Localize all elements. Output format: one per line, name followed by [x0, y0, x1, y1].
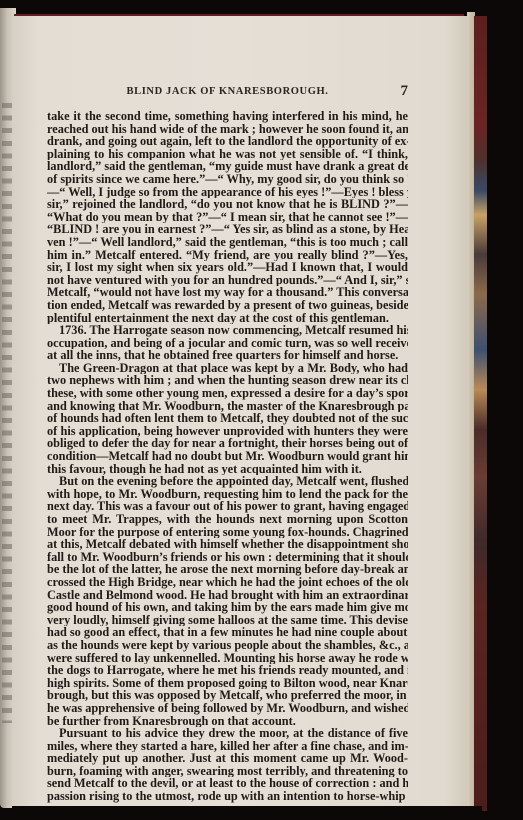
text-line: of his application, being however unprov… — [47, 425, 408, 438]
text-line: obliged to defer the day for near a fort… — [47, 437, 408, 450]
text-line: next day. This was a favour out of his p… — [47, 500, 408, 513]
text-line: of hounds had often lent them to Metcalf… — [47, 412, 408, 425]
text-line: this favour, though he had not as yet ac… — [47, 463, 408, 476]
page-header: BLIND JACK OF KNARESBOROUGH. 7 — [47, 84, 408, 100]
text-line: and knowing that Mr. Woodburn, the maste… — [47, 400, 408, 413]
text-line: —“ Well, I judge so from the appearance … — [47, 186, 408, 199]
text-line: crossed the High Bridge, near which he h… — [47, 576, 408, 589]
text-line: to meet Mr. Trappes, with the hounds nex… — [47, 513, 408, 526]
text-line: plaining to his companion what he was no… — [47, 148, 408, 161]
text-line: The Green-Dragon at that place was kept … — [47, 362, 408, 375]
text-line: the dogs to Harrogate, where he met his … — [47, 664, 408, 677]
text-line: send Metcalf to the devil, or at least t… — [47, 777, 408, 790]
text-line: Pursuant to his advice they drew the moo… — [47, 727, 408, 740]
text-line: be the lot of the latter, he arose the n… — [47, 563, 408, 576]
text-line: as the hounds were kept by various peopl… — [47, 639, 408, 652]
text-line: Moor for the purpose of entering some yo… — [47, 526, 408, 539]
text-line: not have ventured with you for an hundre… — [47, 274, 408, 287]
text-line: Castle and Belmond wood. He had brought … — [47, 589, 408, 602]
text-line: two nephews with him ; and when the hunt… — [47, 374, 408, 387]
text-line: be further from Knaresbrough on that acc… — [47, 715, 408, 728]
text-line: had so good an effect, that in a few min… — [47, 626, 408, 639]
text-line: were suffered to lay unkennelled. Mounti… — [47, 652, 408, 665]
page-number: 7 — [401, 83, 409, 100]
text-line: good hound of his own, and taking him by… — [47, 601, 408, 614]
text-line: tion ended, Metcalf was rewarded by a pr… — [47, 299, 408, 312]
text-line: ven !”—“ Well landlord,” said the gentle… — [47, 236, 408, 249]
text-line: miles, where they started a hare, killed… — [47, 740, 408, 753]
text-line: at this, Metcalf debated with himself wh… — [47, 538, 408, 551]
text-line: plentiful entertainment the next day at … — [47, 312, 408, 325]
text-line: reached out his hand wide of the mark ; … — [47, 123, 408, 136]
bottom-shadow — [12, 806, 482, 820]
page-body-text: take it the second time, something havin… — [47, 110, 408, 803]
text-line: sir, I lost my sight when six years old.… — [47, 261, 408, 274]
text-line: mediately put up another. Just at this m… — [47, 752, 408, 765]
text-line: “BLIND ! are you in earnest ?”—“ Yes sir… — [47, 223, 408, 236]
running-head: BLIND JACK OF KNARESBOROUGH. — [47, 86, 408, 97]
facing-page-text-ghost — [2, 103, 12, 723]
text-line: “What do you mean by that ?”—“ I mean si… — [47, 211, 408, 224]
text-line: 1736. The Harrogate season now commencin… — [47, 324, 408, 337]
text-line: he was apprehensive of being followed by… — [47, 702, 408, 715]
text-line: brough, but this was opposed by Metcalf,… — [47, 689, 408, 702]
printer-mark — [163, 783, 167, 785]
text-line: drank, and going out again, left to the … — [47, 135, 408, 148]
text-line: Metcalf, “would not have lost my way for… — [47, 286, 408, 299]
text-line: these, with some other young men, expres… — [47, 387, 408, 400]
text-line: landlord,” said the gentleman, “my guide… — [47, 160, 408, 173]
text-line: occupation, and being of a jocular and c… — [47, 337, 408, 350]
marbled-edge — [474, 16, 487, 811]
text-line: take it the second time, something havin… — [47, 110, 408, 123]
text-line: fall to Mr. Woodburn’s friends or his ow… — [47, 551, 408, 564]
text-line: condition—Metcalf had no doubt but Mr. W… — [47, 450, 408, 463]
text-line: very loudly, himself giving some halloos… — [47, 614, 408, 627]
text-line: of spirits since we came here.”—“ Why, m… — [47, 173, 408, 186]
text-line: high spirits. Some of them proposed goin… — [47, 677, 408, 690]
text-line: sir,” rejoined the landlord, “do you not… — [47, 198, 408, 211]
text-line: burn, foaming with anger, swearing most … — [47, 765, 408, 778]
text-line: with hope, to Mr. Woodburn, requesting h… — [47, 488, 408, 501]
text-line: at all the inns, that he obtained free q… — [47, 349, 408, 362]
text-line: passion rising to the utmost, rode up wi… — [47, 790, 408, 803]
text-line: him in.” Metcalf entered. “My friend, ar… — [47, 249, 408, 262]
text-line: But on the evening before the appointed … — [47, 475, 408, 488]
